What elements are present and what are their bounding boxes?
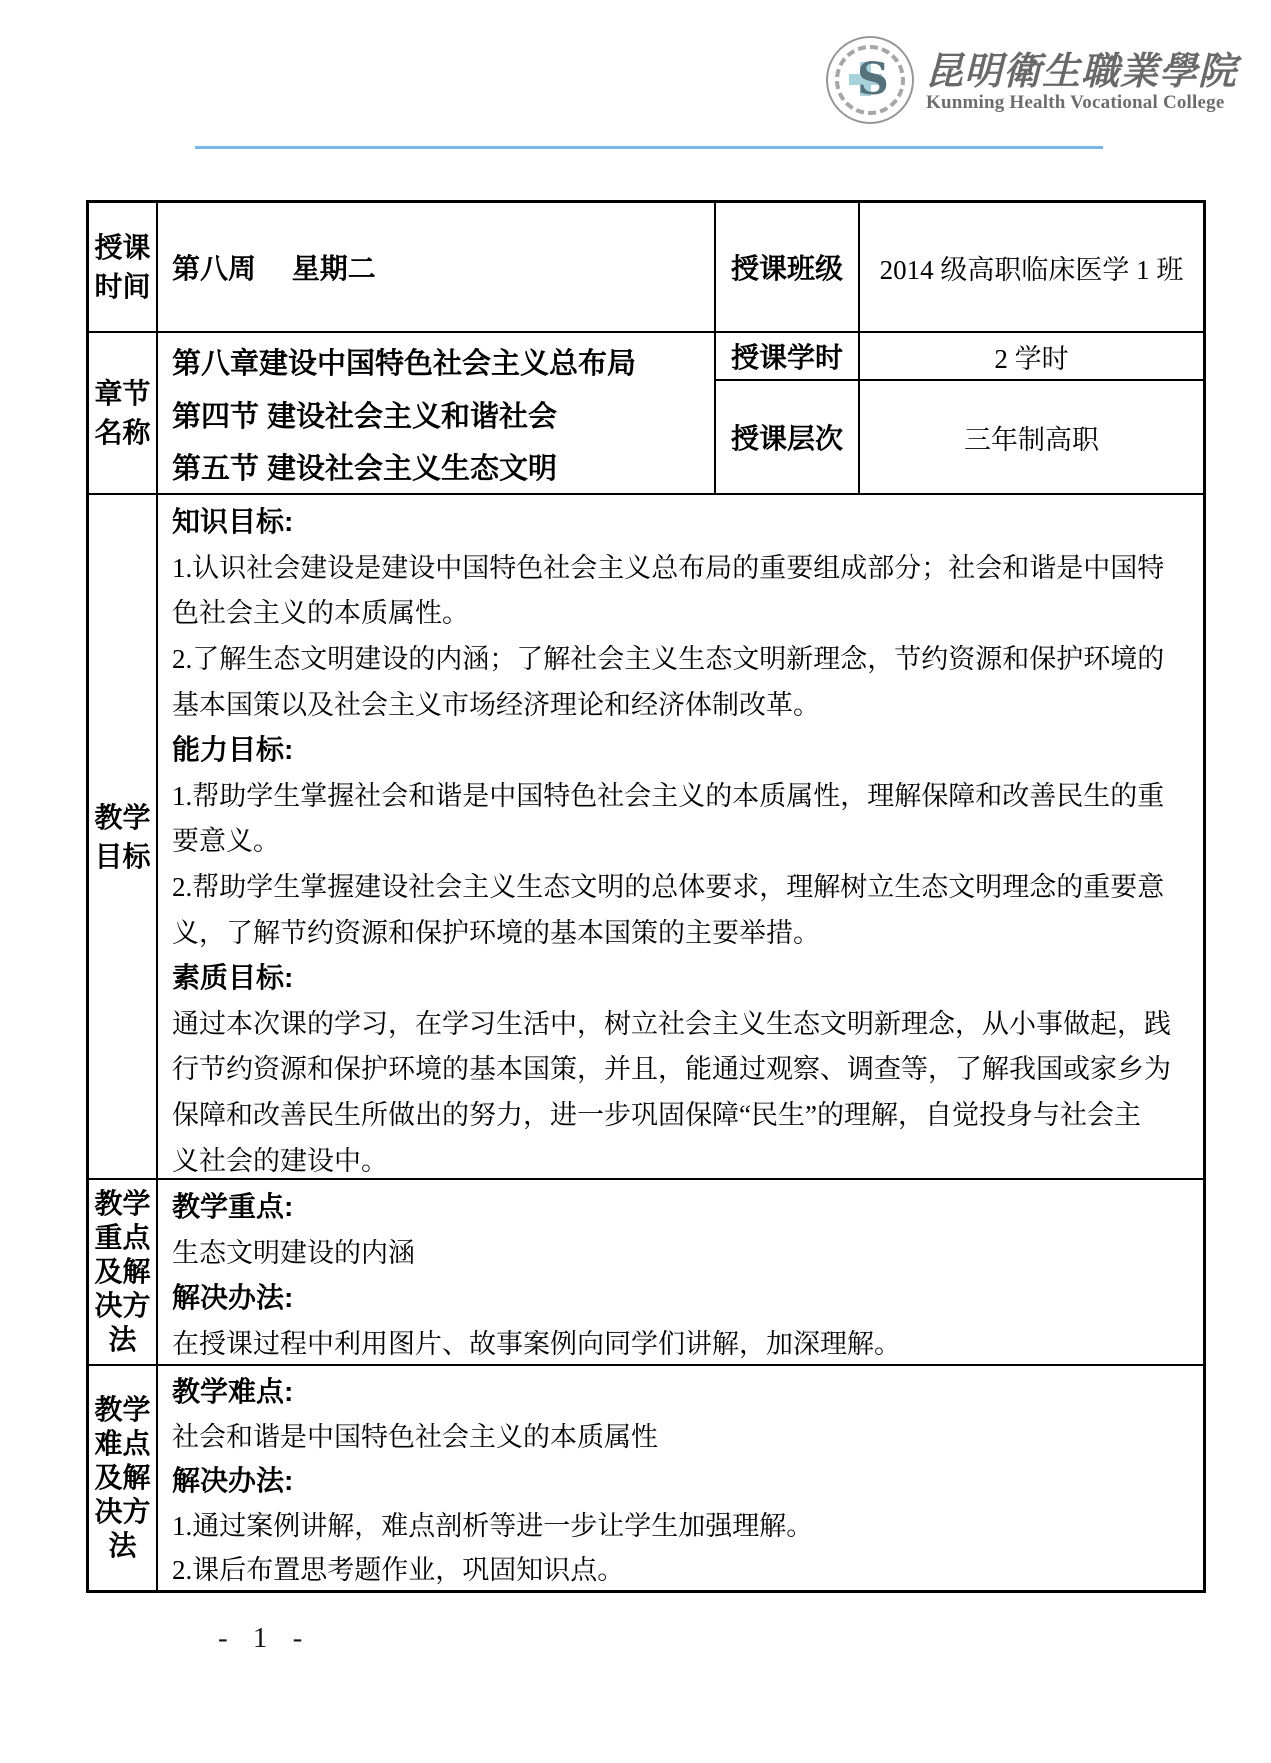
header-divider-line — [195, 146, 1103, 149]
teaching-time-value: 第八周 星期二 — [158, 203, 716, 333]
row-header-line: 及解 — [94, 1255, 150, 1289]
content-line: 通过本次课的学习，在学习生活中，树立社会主义生态文明新理念，从小事做起，践 — [172, 999, 1195, 1045]
class-value: 2014 级高职临床医学 1 班 — [860, 203, 1203, 333]
chapter-line: 第四节 建设社会主义和谐社会 — [172, 388, 714, 441]
row-header-line: 目标 — [94, 837, 150, 876]
content-line: 基本国策以及社会主义市场经济理论和经济体制改革。 — [172, 679, 1195, 725]
row-header-line: 教学 — [94, 798, 150, 837]
chapter-line: 第八章建设中国特色社会主义总布局 — [172, 335, 714, 388]
row-header-teaching-time: 授课时间 — [89, 203, 158, 333]
content-line: 保障和改善民生所做出的努力，进一步巩固保障“民生”的理解，自觉投身与社会主 — [172, 1090, 1195, 1136]
level-value: 三年制高职 — [860, 381, 1203, 495]
hours-value: 2 学时 — [860, 333, 1203, 381]
page-number: - 1 - — [218, 1622, 302, 1655]
difficult-points-content: 教学难点:社会和谐是中国特色社会主义的本质属性解决办法:1.通过案例讲解，难点剖… — [158, 1366, 1203, 1590]
college-name-calligraphy: 昆明衛生職業學院 — [925, 40, 1237, 95]
dragon-s-icon: S — [828, 38, 912, 122]
row-header-key-points: 教学重点及解决方法 — [89, 1180, 158, 1366]
content-line: 教学难点: — [172, 1368, 1195, 1412]
content-line: 生态文明建设的内涵 — [172, 1228, 1195, 1274]
document-page: S 昆明衛生職業學院 Kunming Health Vocational Col… — [0, 0, 1271, 1763]
row-header-line: 名称 — [94, 413, 150, 452]
row-header-line: 决方 — [94, 1495, 150, 1529]
college-name-english: Kunming Health Vocational College — [926, 92, 1224, 114]
content-line: 要意义。 — [172, 816, 1195, 862]
college-seal-logo: S — [826, 36, 914, 124]
content-line: 色社会主义的本质属性。 — [172, 588, 1195, 634]
row-header-line: 授课 — [94, 228, 150, 267]
content-line: 解决办法: — [172, 1457, 1195, 1501]
content-line: 行节约资源和保护环境的基本国策，并且，能通过观察、调查等，了解我国或家乡为 — [172, 1044, 1195, 1090]
key-points-content: 教学重点:生态文明建设的内涵解决办法:在授课过程中利用图片、故事案例向同学们讲解… — [158, 1180, 1203, 1366]
teaching-objectives-content: 知识目标:1.认识社会建设是建设中国特色社会主义总布局的重要组成部分；社会和谐是… — [158, 495, 1203, 1180]
row-header-line: 法 — [108, 1323, 136, 1357]
row-header-line: 难点 — [94, 1427, 150, 1461]
content-line: 1.帮助学生掌握社会和谐是中国特色社会主义的本质属性，理解保障和改善民生的重 — [172, 771, 1195, 817]
lesson-plan-table: 授课时间 第八周 星期二 授课班级 2014 级高职临床医学 1 班 章节名称 … — [86, 200, 1206, 1593]
content-line: 在授课过程中利用图片、故事案例向同学们讲解，加深理解。 — [172, 1319, 1195, 1365]
row-header-line: 章节 — [94, 374, 150, 413]
content-line: 2.帮助学生掌握建设社会主义生态文明的总体要求，理解树立生态文明理念的重要意 — [172, 862, 1195, 908]
content-line: 1.认识社会建设是建设中国特色社会主义总布局的重要组成部分；社会和谐是中国特 — [172, 543, 1195, 589]
chapter-line: 第五节 建设社会主义生态文明 — [172, 440, 714, 493]
row-header-line: 法 — [108, 1529, 136, 1563]
content-line: 社会和谐是中国特色社会主义的本质属性 — [172, 1412, 1195, 1456]
row-header-line: 决方 — [94, 1289, 150, 1323]
hours-label: 授课学时 — [716, 333, 860, 381]
row-header-line: 时间 — [94, 267, 150, 306]
content-line: 2.了解生态文明建设的内涵；了解社会主义生态文明新理念，节约资源和保护环境的 — [172, 634, 1195, 680]
content-line: 能力目标: — [172, 725, 1195, 771]
content-line: 义社会的建设中。 — [172, 1135, 1195, 1181]
row-header-teaching-objectives: 教学目标 — [89, 495, 158, 1180]
chapter-name-value: 第八章建设中国特色社会主义总布局第四节 建设社会主义和谐社会第五节 建设社会主义… — [158, 333, 716, 495]
class-label: 授课班级 — [716, 203, 860, 333]
content-line: 1.通过案例讲解，难点剖析等进一步让学生加强理解。 — [172, 1501, 1195, 1545]
row-header-line: 重点 — [94, 1221, 150, 1255]
row-header-difficult-points: 教学难点及解决方法 — [89, 1366, 158, 1590]
content-line: 知识目标: — [172, 497, 1195, 543]
level-label: 授课层次 — [716, 381, 860, 495]
row-header-line: 教学 — [94, 1393, 150, 1427]
row-header-line: 及解 — [94, 1461, 150, 1495]
row-header-line: 教学 — [94, 1187, 150, 1221]
content-line: 2.课后布置思考题作业，巩固知识点。 — [172, 1546, 1195, 1590]
content-line: 义，了解节约资源和保护环境的基本国策的主要举措。 — [172, 907, 1195, 953]
content-line: 解决办法: — [172, 1273, 1195, 1319]
content-line: 素质目标: — [172, 953, 1195, 999]
content-line: 教学重点: — [172, 1182, 1195, 1228]
row-header-chapter-name: 章节名称 — [89, 333, 158, 495]
